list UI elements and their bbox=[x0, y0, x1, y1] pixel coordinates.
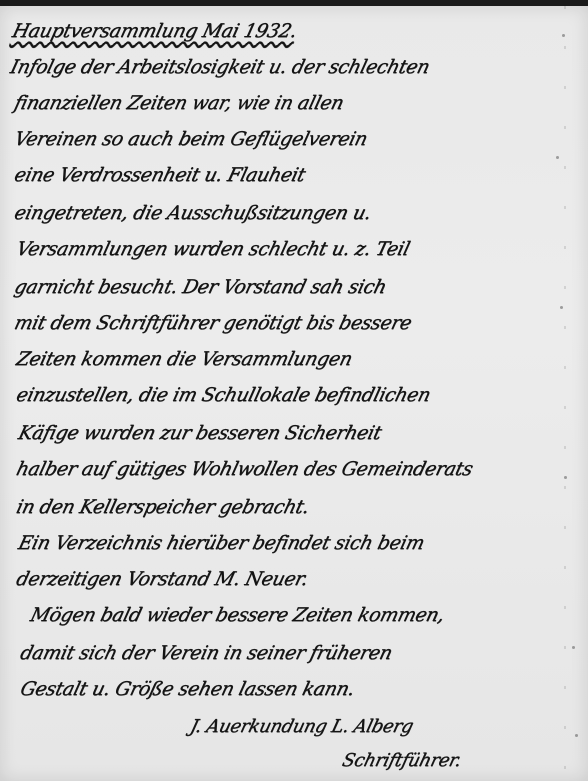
paper-speck bbox=[556, 156, 559, 159]
text-line: Zeiten kommen die Versammlungen bbox=[14, 348, 354, 370]
text-line: eingetreten, die Ausschußsitzungen u. bbox=[12, 202, 374, 224]
signature-name: J. Auerkundung L. Alberg bbox=[188, 716, 415, 737]
paper-speck bbox=[575, 734, 578, 737]
text-line: Ein Verzeichnis hierüber befindet sich b… bbox=[16, 532, 427, 554]
text-line: Infolge der Arbeitslosigkeit u. der schl… bbox=[8, 56, 432, 78]
text-line: Käfige wurden zur besseren Sicherheit bbox=[16, 422, 384, 444]
text-line: halber auf gütiges Wohlwollen des Gemein… bbox=[14, 458, 475, 480]
paper-speck bbox=[562, 34, 565, 37]
paper-speck bbox=[572, 646, 575, 649]
text-line: damit sich der Verein in seiner früheren bbox=[18, 642, 394, 664]
text-line: derzeitigen Vorstand M. Neuer. bbox=[14, 568, 310, 590]
text-line: garnicht besucht. Der Vorstand sah sich bbox=[12, 276, 389, 298]
text-line: Vereinen so auch beim Geflügelverein bbox=[12, 128, 370, 150]
document-page: Haupt­versammlung Mai 1932. Infolge der … bbox=[0, 6, 588, 781]
text-line: finanziellen Zeiten war, wie in allen bbox=[12, 92, 346, 114]
text-line: Versammlungen wurden schlecht u. z. Teil bbox=[14, 238, 412, 260]
document-heading: Haupt­versammlung Mai 1932. bbox=[10, 20, 299, 42]
paper-speck bbox=[560, 306, 563, 309]
text-line: Gestalt u. Größe sehen lassen kann. bbox=[18, 678, 357, 700]
text-line: Mögen bald wieder bessere Zeiten kommen, bbox=[28, 604, 447, 626]
text-line: mit dem Schriftführer genötigt bis besse… bbox=[12, 312, 414, 334]
text-line: eine Verdrossenheit u. Flauheit bbox=[12, 164, 307, 186]
text-line: einzustellen, die im Schullokale befindl… bbox=[14, 384, 433, 406]
signature-title: Schriftführer. bbox=[340, 750, 463, 771]
paper-speck bbox=[564, 476, 567, 479]
text-line: in den Kellerspeicher gebracht. bbox=[14, 496, 312, 518]
